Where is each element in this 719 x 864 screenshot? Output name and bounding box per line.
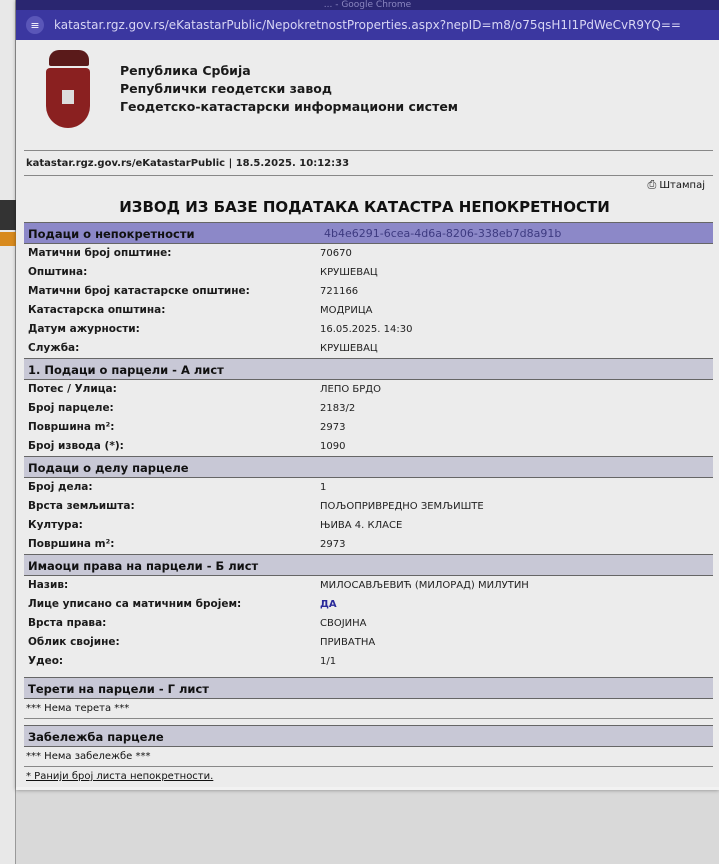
encumbrances-note: *** Нема терета *** [24, 699, 713, 719]
browser-window: ... - Google Chrome ≡ katastar.rgz.gov.r… [16, 0, 719, 790]
table-row: Број дела:1 [24, 478, 713, 497]
printer-icon[interactable]: ⎙ [648, 178, 657, 191]
site-info-icon[interactable]: ≡ [26, 16, 44, 34]
remarks-note: *** Нема забележбе *** [24, 747, 713, 767]
section-owners: Имаоци права на парцели - Б лист Назив:М… [24, 554, 713, 671]
table-row: Матични број катастарске општине:721166 [24, 282, 713, 301]
brand-header: Република Србија Републички геодетски за… [16, 40, 713, 150]
table-row: Назив:МИЛОСАВЉЕВИЋ (МИЛОРАД) МИЛУТИН [24, 576, 713, 595]
document-title: ИЗВОД ИЗ БАЗЕ ПОДАТАКА КАТАСТРА НЕПОКРЕТ… [16, 194, 713, 222]
print-button[interactable]: Штампај [659, 180, 705, 191]
table-row: Број извода (*):1090 [24, 437, 713, 456]
property-guid: 4b4e6291-6cea-4d6a-8206-338eb7d8a91b [324, 223, 561, 243]
section-title: 1. Подаци о парцели - А лист [28, 359, 324, 379]
table-row: Катастарска општина:МОДРИЦА [24, 301, 713, 320]
coat-of-arms-icon [46, 50, 92, 130]
section-title: Терети на парцели - Г лист [28, 678, 324, 698]
table-row: Површина m²:2973 [24, 535, 713, 554]
page-content: Република Србија Републички геодетски за… [16, 40, 719, 787]
table-row: Култура:ЊИВА 4. КЛАСЕ [24, 516, 713, 535]
table-row: Облик својине:ПРИВАТНА [24, 633, 713, 652]
section-encumbrances: Терети на парцели - Г лист *** Нема тере… [24, 677, 713, 719]
section-parcel: 1. Подаци о парцели - А лист Потес / Ули… [24, 358, 713, 456]
table-row: Удео:1/1 [24, 652, 713, 671]
section-title: Забележба парцеле [28, 726, 324, 746]
window-title: ... - Google Chrome [16, 0, 719, 10]
section-title: Подаци о непокретности [28, 223, 324, 243]
brand-line-2: Републички геодетски завод [120, 80, 458, 98]
table-row: Потес / Улица:ЛЕПО БРДО [24, 380, 713, 399]
table-row: Матични број општине:70670 [24, 244, 713, 263]
table-row: Лице уписано са матичним бројем:ДА [24, 595, 713, 614]
section-remarks: Забележба парцеле *** Нема забележбе ***… [24, 725, 713, 787]
section-parcel-part: Подаци о делу парцеле Број дела:1 Врста … [24, 456, 713, 554]
brand-line-3: Геодетско-катастарски информациони систе… [120, 98, 458, 116]
table-row: Површина m²:2973 [24, 418, 713, 437]
table-row: Општина:КРУШЕВАЦ [24, 263, 713, 282]
table-row: Датум ажурности:16.05.2025. 14:30 [24, 320, 713, 339]
section-title: Имаоци права на парцели - Б лист [28, 555, 324, 575]
table-row: Број парцеле:2183/2 [24, 399, 713, 418]
source-timestamp: katastar.rgz.gov.rs/eKatastarPublic | 18… [24, 150, 713, 176]
table-row: Врста земљишта:ПОЉОПРИВРЕДНО ЗЕМЉИШТЕ [24, 497, 713, 516]
url-text[interactable]: katastar.rgz.gov.rs/eKatastarPublic/Nepo… [54, 18, 681, 32]
section-property: Подаци о непокретности 4b4e6291-6cea-4d6… [24, 222, 713, 358]
table-row: Врста права:СВОЈИНА [24, 614, 713, 633]
table-row: Служба:КРУШЕВАЦ [24, 339, 713, 358]
address-bar[interactable]: ≡ katastar.rgz.gov.rs/eKatastarPublic/Ne… [16, 10, 719, 40]
footnote: * Ранији број листа непокретности. [24, 767, 713, 787]
section-title: Подаци о делу парцеле [28, 457, 324, 477]
brand-line-1: Република Србија [120, 62, 458, 80]
background-window [0, 0, 16, 864]
